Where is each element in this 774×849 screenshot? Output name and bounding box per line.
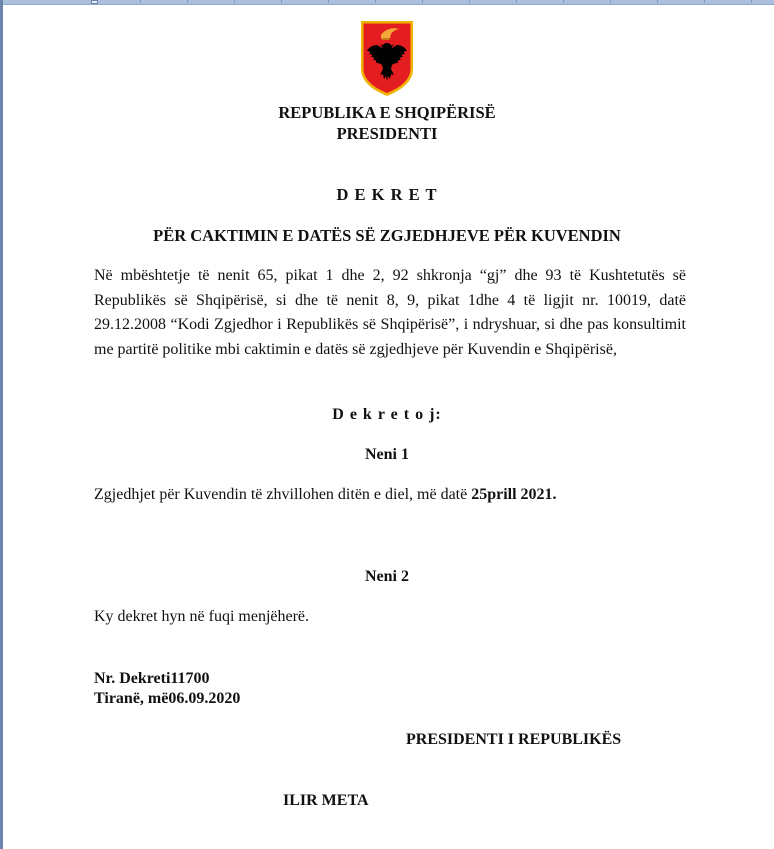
republic-heading-rest: BLIKA E SHQIPËRISË [323, 103, 495, 122]
article-2-text: Ky dekret hyn në fuqi menjëherë. [94, 608, 309, 626]
article-1-text-main: Zgjedhjet për Kuvendin të zhvillohen dit… [94, 486, 471, 503]
decree-title: D E K R E T [0, 185, 774, 205]
article-1-text: Zgjedhjet për Kuvendin të zhvillohen dit… [94, 486, 557, 504]
spellcheck-flag[interactable]: REPU [278, 103, 323, 122]
document-page: REPUBLIKA E SHQIPËRISË PRESIDENTI D E K … [0, 0, 774, 849]
preamble-paragraph: Në mbështetje të nenit 65, pikat 1 dhe 2… [94, 264, 686, 362]
decree-subject: PËR CAKTIMIN E DATËS SË ZGJEDHJEVE PËR K… [0, 226, 774, 246]
article-1-heading: Neni 1 [0, 446, 774, 464]
signatory-title: PRESIDENTI I REPUBLIKËS [406, 731, 621, 749]
place-date: Tiranë, më06.09.2020 [94, 690, 240, 708]
republic-heading: REPUBLIKA E SHQIPËRISË [0, 103, 774, 123]
election-date: 25prill 2021. [471, 486, 556, 503]
institution-heading: PRESIDENTI [0, 124, 774, 144]
decree-number: Nr. Dekreti11700 [94, 670, 210, 688]
albania-coat-of-arms-icon [359, 19, 415, 97]
article-2-heading: Neni 2 [0, 568, 774, 586]
decree-verb: D e k r e t o j: [0, 406, 774, 424]
signatory-name: ILIR META [283, 792, 369, 810]
republic-heading-text: REPUBLIKA E SHQIPËRISË [278, 103, 495, 122]
